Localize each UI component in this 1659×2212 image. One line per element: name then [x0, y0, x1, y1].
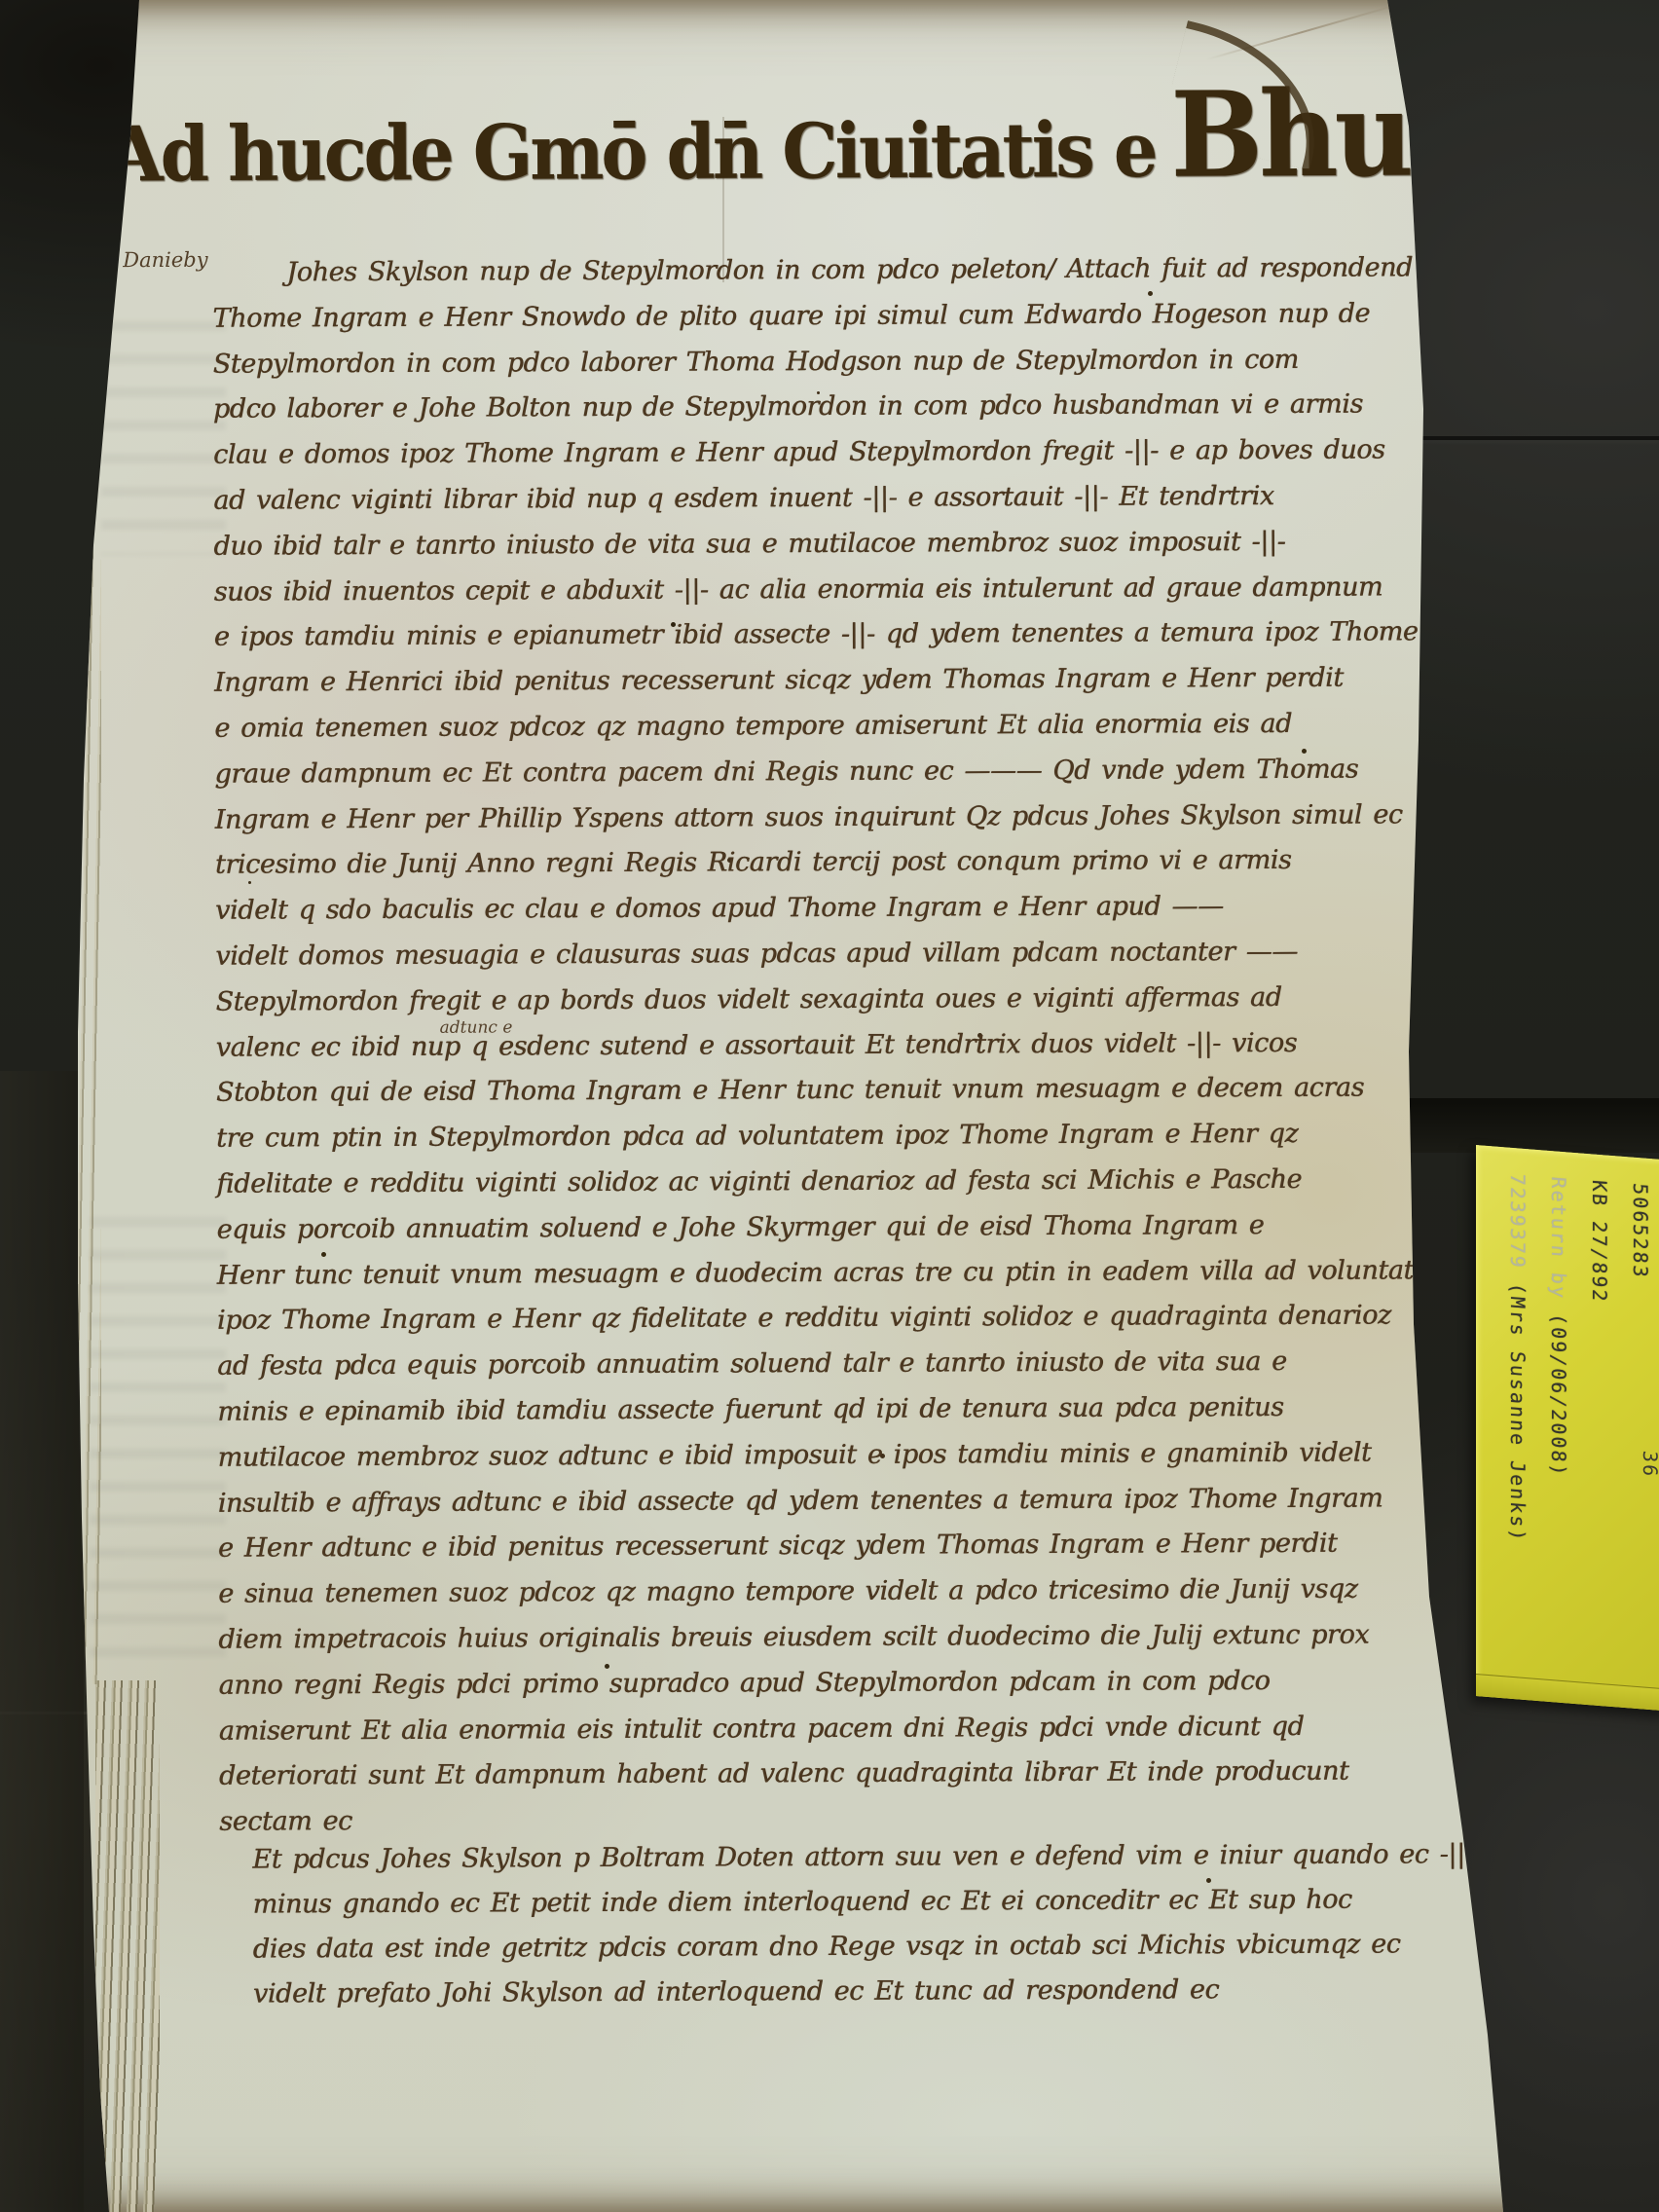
- manuscript-line: duo ibid talr e tanrto iniusto de vita s…: [213, 527, 1285, 562]
- manuscript-line: clau e domos ipoz Thome Ingram e Henr ap…: [213, 435, 1385, 470]
- margin-note: Danieby: [123, 248, 207, 272]
- manuscript-line: Ingram e Henrici ibid penitus recesserun…: [214, 663, 1344, 698]
- tag-return-by-label: Return by: [1547, 1176, 1570, 1314]
- slate-band-left: [0, 1071, 84, 2212]
- tag-rotated-text: 5065283 KB 27/892 Return by (09/06/2008)…: [1476, 1145, 1659, 1712]
- manuscript-line: Thome Ingram e Henr Snowdo de plito quar…: [212, 298, 1370, 333]
- archive-return-tag: 5065283 KB 27/892 Return by (09/06/2008)…: [1476, 1145, 1659, 1712]
- manuscript-line: deteriorati sunt Et dampnum habent ad va…: [219, 1756, 1349, 1791]
- manuscript-line: ad festa pdca equis porcoib annuatim sol…: [217, 1346, 1287, 1382]
- manuscript-line: videlt domos mesuagia e clausuras suas p…: [215, 937, 1298, 972]
- slate-seam-right-shadow-band: [1388, 1098, 1659, 1153]
- closing-line: videlt prefato Johi Skylson ad interloqu…: [253, 1974, 1219, 2009]
- manuscript-line: Stepylmordon in com pdco laborer Thoma H…: [213, 344, 1299, 379]
- manuscript-line: e Henr adtunc e ibid penitus recesserunt…: [218, 1529, 1338, 1564]
- manuscript-line: valenc ec ibid nup q esdenc sutend e ass…: [216, 1027, 1298, 1062]
- manuscript-line: sectam ec: [219, 1806, 352, 1837]
- tag-requisition-line: 7239379 (Mrs Susanne Jenks): [1497, 1147, 1538, 1701]
- closing-line: dies data est inde getritz pdcis coram d…: [253, 1929, 1401, 1964]
- manuscript-line: minis e epinamib ibid tamdiu assecte fue…: [217, 1392, 1283, 1427]
- manuscript-line: ipoz Thome Ingram e Henr qz fidelitate e…: [217, 1301, 1391, 1336]
- tag-return-by-date: (09/06/2008): [1547, 1312, 1570, 1478]
- tag-requester-name: (Mrs Susanne Jenks): [1506, 1282, 1530, 1544]
- manuscript-line: pdco laborer e Johe Bolton nup de Stepyl…: [213, 389, 1363, 424]
- photo-scene: Ad hucde Gmō dn̄ Ciuitatis eBhuſe Danieb…: [0, 0, 1659, 2212]
- manuscript-line: e sinua tenemen suoz pdcoz qz magno temp…: [218, 1574, 1358, 1609]
- manuscript-line: Henr tunc tenuit vnum mesuagm e duodecim…: [217, 1255, 1429, 1290]
- manuscript-line: equis porcoib annuatim soluend e Johe Sk…: [216, 1210, 1264, 1245]
- manuscript-line: Stepylmordon fregit e ap bords duos vide…: [215, 982, 1281, 1017]
- manuscript-line: suos ibid inuentos cepit e abduxit -||- …: [214, 571, 1383, 607]
- manuscript-line: videlt q sdo baculis ec clau e domos apu…: [215, 891, 1224, 926]
- manuscript-line: e ipos tamdiu minis e epianumetr ibid as…: [214, 617, 1419, 652]
- closing-line: minus gnando ec Et petit inde diem inter…: [253, 1885, 1352, 1920]
- manuscript-line: Stobton qui de eisd Thoma Ingram e Henr …: [216, 1073, 1364, 1108]
- tag-return-by-line: Return by (09/06/2008): [1538, 1150, 1579, 1704]
- manuscript-line: fidelitate e redditu viginti solidoz ac …: [216, 1164, 1302, 1199]
- manuscript-line: tricesimo die Junij Anno regni Regis Ric…: [215, 845, 1292, 880]
- manuscript-line: tre cum ptin in Stepylmordon pdca ad vol…: [216, 1119, 1298, 1154]
- manuscript-line: Johes Skylson nup de Stepylmordon in com…: [286, 252, 1413, 287]
- tag-corner-number: 36: [1630, 1449, 1659, 1479]
- tag-reference-number: 5065283: [1620, 1157, 1659, 1711]
- manuscript-line: e omia tenemen suoz pdcoz qz magno tempo…: [214, 709, 1292, 744]
- slate-seam-right-upper: [1388, 436, 1659, 440]
- closing-line: Et pdcus Johes Skylson p Boltram Doten a…: [252, 1839, 1473, 1874]
- manuscript-line: amiserunt Et alia enormia eis intulit co…: [219, 1711, 1305, 1746]
- manuscript-line: Ingram e Henr per Phillip Yspens attorn …: [215, 799, 1403, 834]
- manuscript-line: insultib e affrays adtunc e ibid assecte…: [218, 1483, 1383, 1518]
- manuscript-line: graue dampnum ec Et contra pacem dni Reg…: [214, 754, 1358, 789]
- tag-requisition-number: 7239379: [1506, 1172, 1530, 1283]
- manuscript-line: ad valenc viginti librar ibid nup q esde…: [213, 481, 1273, 516]
- manuscript-line: mutilacoe membroz suoz adtunc e ibid imp…: [218, 1437, 1372, 1472]
- manuscript-line: anno regni Regis pdci primo supradco apu…: [219, 1666, 1271, 1701]
- manuscript-line: diem impetracois huius originalis breuis…: [218, 1620, 1369, 1655]
- header-text: Ad hucde Gmō dn̄ Ciuitatis e: [109, 104, 1156, 198]
- tag-document-reference: KB 27/892: [1579, 1153, 1620, 1707]
